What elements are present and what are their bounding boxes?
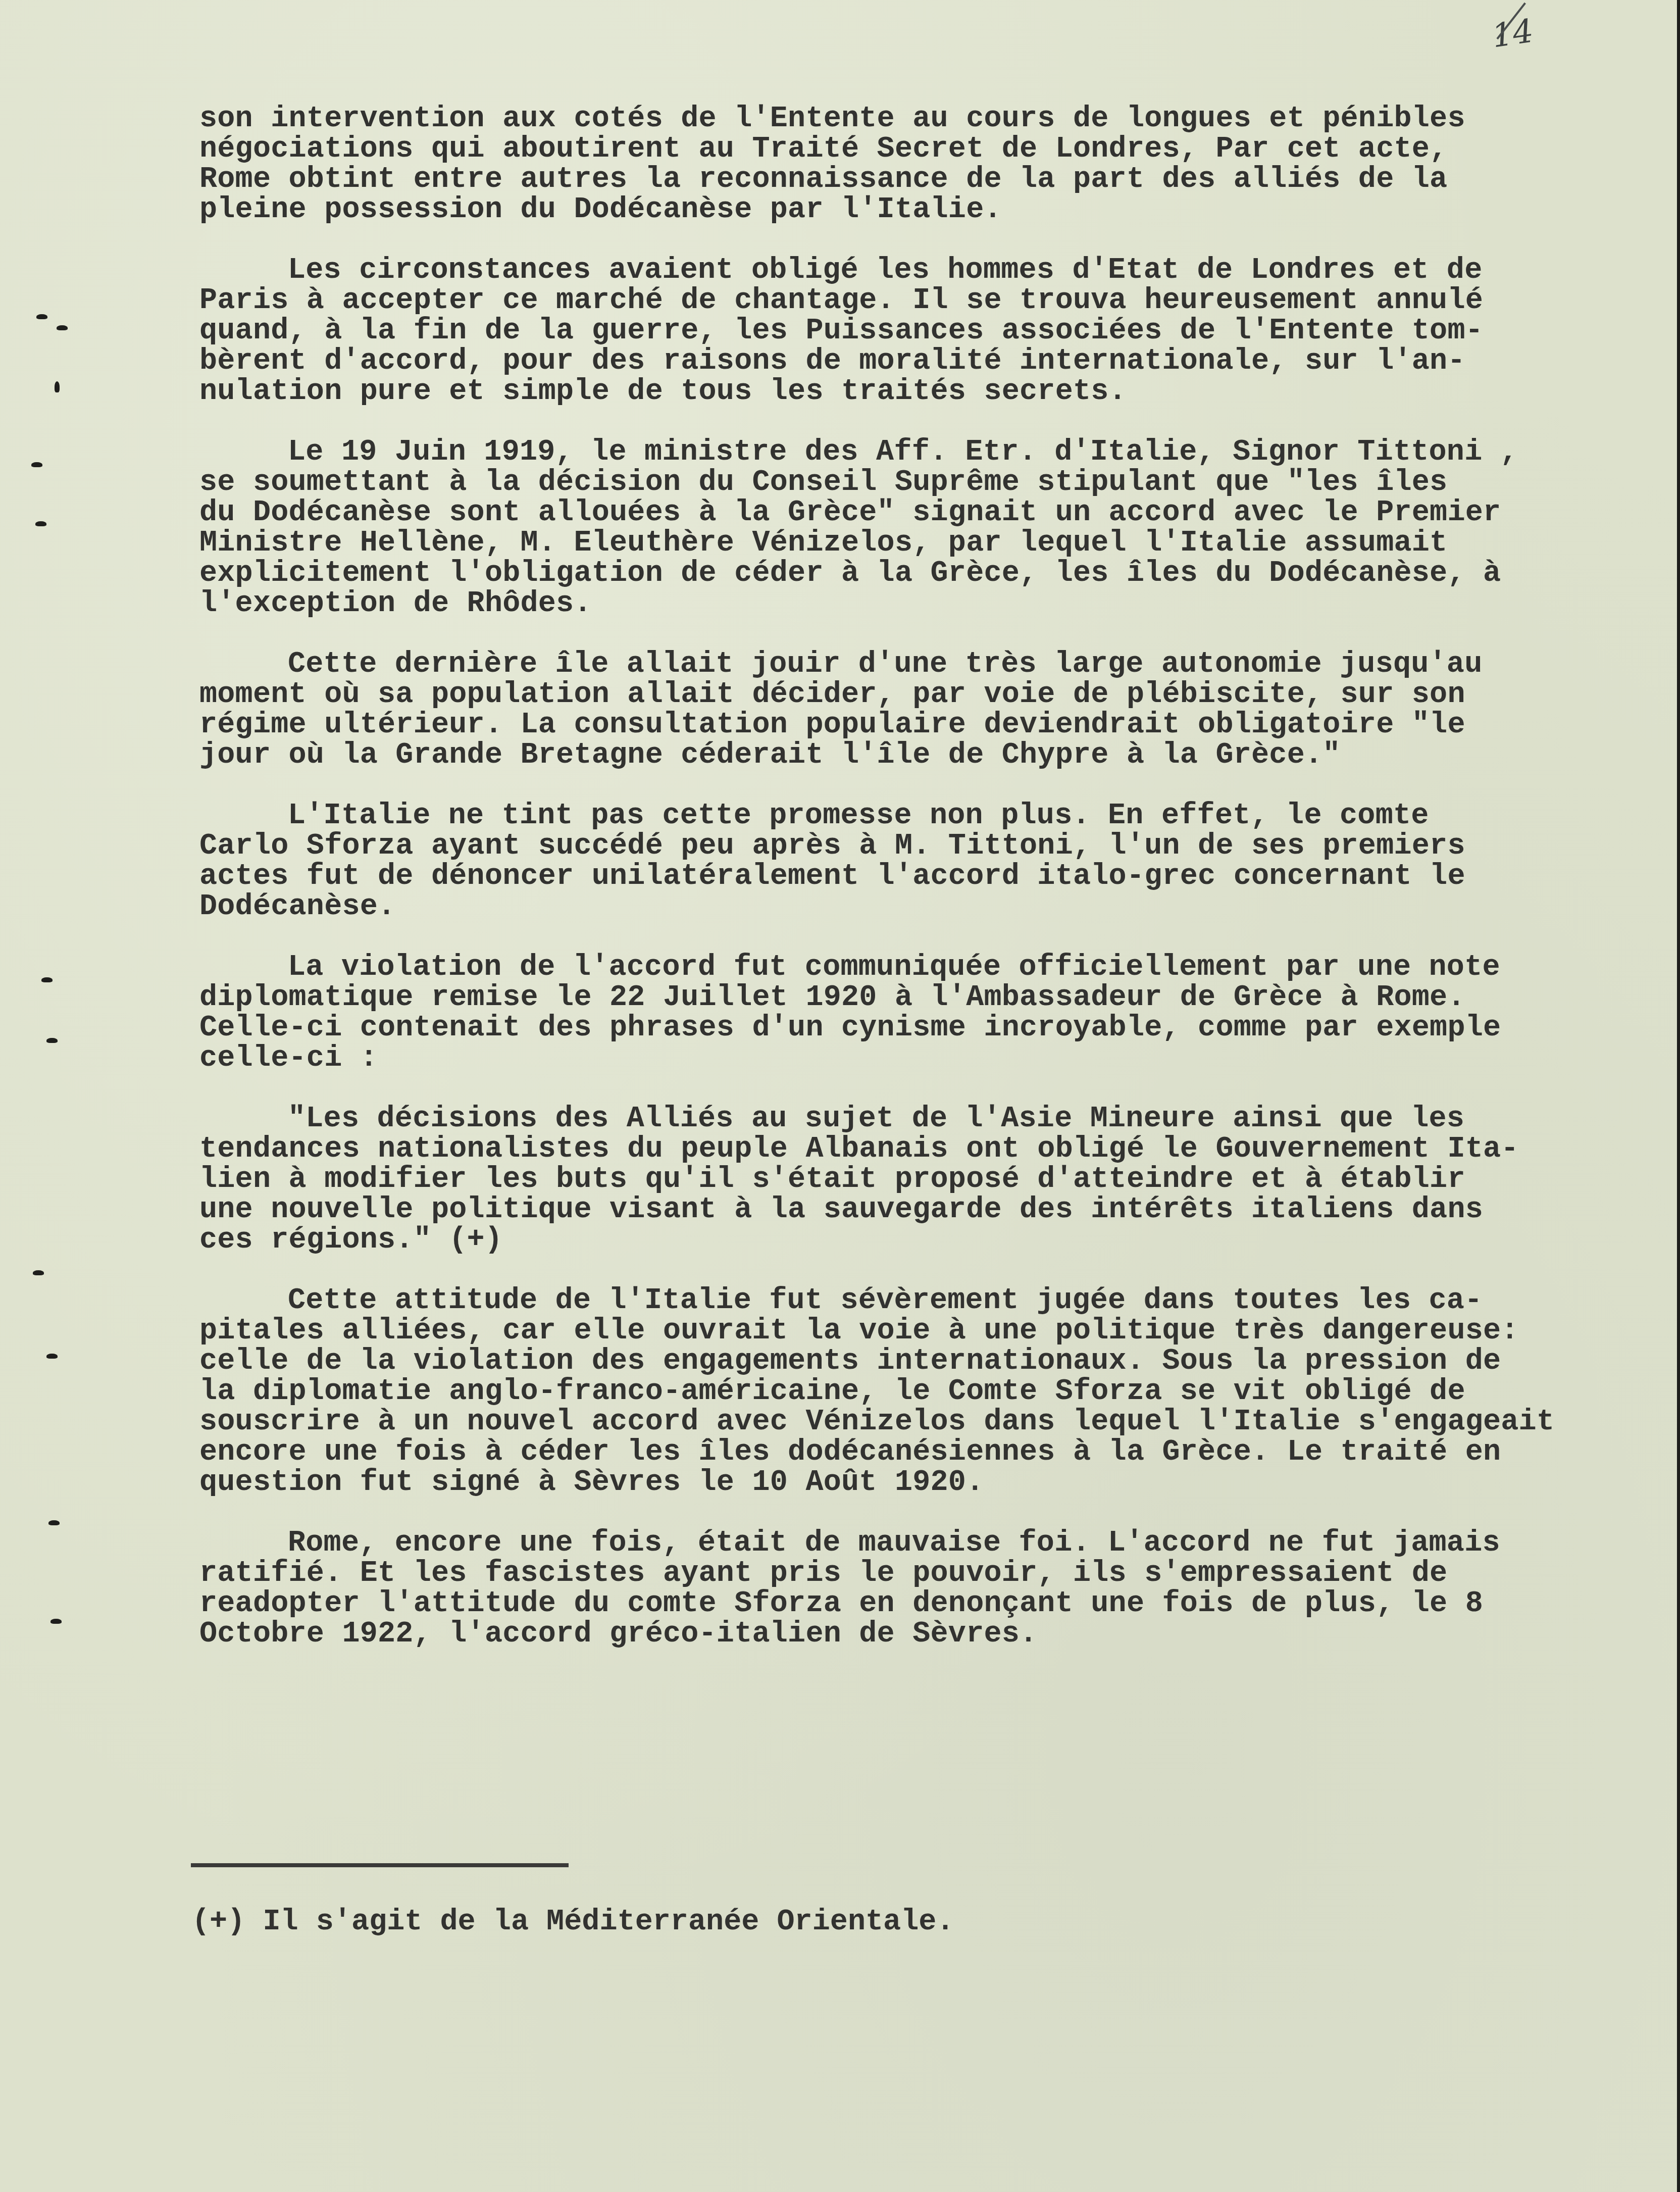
footnote: (+) Il s'agit de la Méditerranée Orienta… xyxy=(192,1907,954,1937)
text-line: actes fut de dénoncer unilatéralement l'… xyxy=(199,861,1664,891)
text-line: ratifié. Et les fascistes ayant pris le … xyxy=(199,1558,1664,1588)
scan-edge xyxy=(1677,0,1680,2192)
text-line: Les circonstances avaient obligé les hom… xyxy=(199,255,1664,285)
margin-mark xyxy=(55,381,60,392)
margin-mark xyxy=(31,462,42,467)
text-line: Le 19 Juin 1919, le ministre des Aff. Et… xyxy=(199,437,1664,467)
paragraph-6: La violation de l'accord fut communiquée… xyxy=(199,952,1664,1073)
text-line: Carlo Sforza ayant succédé peu après à M… xyxy=(199,831,1664,861)
text-line: pleine possession du Dodécanèse par l'It… xyxy=(199,194,1664,225)
margin-mark xyxy=(46,1038,58,1043)
text-line: Cette dernière île allait jouir d'une tr… xyxy=(199,649,1664,679)
text-line: Rome, encore une fois, était de mauvaise… xyxy=(199,1528,1664,1558)
text-line: L'Italie ne tint pas cette promesse non … xyxy=(199,801,1664,831)
margin-mark xyxy=(46,1354,58,1359)
text-line: quand, à la fin de la guerre, les Puissa… xyxy=(199,316,1664,346)
text-line: La violation de l'accord fut communiquée… xyxy=(199,952,1664,982)
text-line: readopter l'attitude du comte Sforza en … xyxy=(199,1588,1664,1619)
text-line: la diplomatie anglo-franco-américaine, l… xyxy=(199,1376,1664,1407)
text-line: "Les décisions des Alliés au sujet de l'… xyxy=(199,1104,1664,1134)
text-line: explicitement l'obligation de céder à la… xyxy=(199,558,1664,588)
margin-mark xyxy=(35,521,46,526)
text-line: pitales alliées, car elle ouvrait la voi… xyxy=(199,1316,1664,1346)
text-line: nulation pure et simple de tous les trai… xyxy=(199,376,1664,407)
text-line: Celle-ci contenait des phrases d'un cyni… xyxy=(199,1013,1664,1043)
text-line: du Dodécanèse sont allouées à la Grèce" … xyxy=(199,497,1664,528)
text-line: ces régions." (+) xyxy=(199,1225,1664,1255)
text-line: Paris à accepter ce marché de chantage. … xyxy=(199,285,1664,316)
margin-mark xyxy=(57,325,68,330)
paragraph-1: son intervention aux cotés de l'Entente … xyxy=(199,104,1664,225)
quoted-note: "Les décisions des Alliés au sujet de l'… xyxy=(199,1104,1664,1255)
text-line: Rome obtint entre autres la reconnaissan… xyxy=(199,164,1664,194)
text-line: Cette attitude de l'Italie fut sévèremen… xyxy=(199,1285,1664,1316)
text-line: se soumettant à la décision du Conseil S… xyxy=(199,467,1664,497)
paragraph-9: Rome, encore une fois, était de mauvaise… xyxy=(199,1528,1664,1649)
text-line: lien à modifier les buts qu'il s'était p… xyxy=(199,1164,1664,1194)
text-line: Dodécanèse. xyxy=(199,891,1664,922)
text-line: celle de la violation des engagements in… xyxy=(199,1346,1664,1376)
paragraph-8: Cette attitude de l'Italie fut sévèremen… xyxy=(199,1285,1664,1498)
text-line: tendances nationalistes du peuple Albana… xyxy=(199,1134,1664,1164)
footnote-divider xyxy=(191,1863,569,1867)
text-line: encore une fois à céder les îles dodécan… xyxy=(199,1437,1664,1467)
text-line: moment où sa population allait décider, … xyxy=(199,679,1664,710)
paragraph-3: Le 19 Juin 1919, le ministre des Aff. Et… xyxy=(199,437,1664,619)
text-line: celle-ci : xyxy=(199,1043,1664,1073)
text-line: jour où la Grande Bretagne céderait l'îl… xyxy=(199,740,1664,770)
text-line: une nouvelle politique visant à la sauve… xyxy=(199,1194,1664,1225)
text-line: question fut signé à Sèvres le 10 Août 1… xyxy=(199,1467,1664,1498)
text-line: Ministre Hellène, M. Eleuthère Vénizelos… xyxy=(199,528,1664,558)
margin-mark xyxy=(33,1270,44,1275)
text-line: souscrire à un nouvel accord avec Vénize… xyxy=(199,1407,1664,1437)
text-line: son intervention aux cotés de l'Entente … xyxy=(199,104,1664,134)
margin-mark xyxy=(41,977,53,982)
paragraph-5: L'Italie ne tint pas cette promesse non … xyxy=(199,801,1664,922)
text-line: négociations qui aboutirent au Traité Se… xyxy=(199,134,1664,164)
text-line: régime ultérieur. La consultation popula… xyxy=(199,710,1664,740)
document-body: son intervention aux cotés de l'Entente … xyxy=(199,104,1664,1679)
text-line: diplomatique remise le 22 Juillet 1920 à… xyxy=(199,982,1664,1013)
text-line: l'exception de Rhôdes. xyxy=(199,588,1664,619)
text-line: bèrent d'accord, pour des raisons de mor… xyxy=(199,346,1664,376)
text-line: Octobre 1922, l'accord gréco-italien de … xyxy=(199,1619,1664,1649)
paragraph-2: Les circonstances avaient obligé les hom… xyxy=(199,255,1664,407)
margin-mark xyxy=(48,1520,60,1525)
paragraph-4: Cette dernière île allait jouir d'une tr… xyxy=(199,649,1664,770)
margin-mark xyxy=(36,314,47,319)
margin-mark xyxy=(50,1619,62,1624)
